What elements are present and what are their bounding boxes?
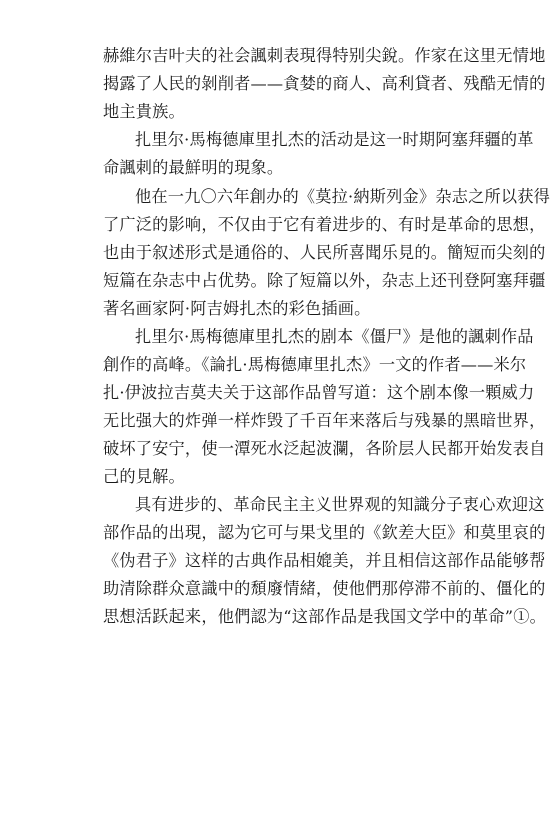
- body-line: 己的見解。: [103, 466, 518, 488]
- book-page: 赫維尔吉叶夫的社会諷刺表現得特别尖銳。作家在这里无情地 揭露了人民的剝削者——貪…: [0, 0, 555, 815]
- paragraph-start: 他在一九〇六年創办的《莫拉·納斯列金》杂志之所以获得: [135, 186, 518, 208]
- body-line: 揭露了人民的剝削者——貪婪的商人、高利貸者、残酷无情的: [103, 73, 518, 95]
- body-line: 思想活跃起来，他們認为“这部作品是我国文学中的革命”①。: [103, 606, 518, 628]
- body-line: 創作的高峰。《論扎·馬梅德庫里扎杰》一文的作者——米尔: [103, 354, 518, 376]
- body-line: 无比强大的炸弹一样炸毁了千百年来落后与残暴的黑暗世界，: [103, 410, 518, 432]
- body-line: 扎·伊波拉吉莫夫关于这部作品曾写道：这个剧本像一顆威力: [103, 382, 518, 404]
- body-line: 地主貴族。: [103, 101, 518, 123]
- body-line: 部作品的出現，認为它可与果戈里的《欽差大臣》和莫里哀的: [103, 522, 518, 544]
- body-line: 著名画家阿·阿吉姆扎杰的彩色插画。: [103, 298, 518, 320]
- paragraph-start: 扎里尔·馬梅德庫里扎杰的剧本《僵尸》是他的諷刺作品: [135, 326, 518, 348]
- paragraph-start: 扎里尔·馬梅德庫里扎杰的活动是这一时期阿塞拜疆的革: [135, 129, 518, 151]
- body-line: 短篇在杂志中占优势。除了短篇以外，杂志上还刊登阿塞拜疆: [103, 270, 518, 292]
- body-line: 助清除群众意識中的頹廢情緒，使他們那停滞不前的、僵化的: [103, 578, 518, 600]
- body-line: 《伪君子》这样的古典作品相媲美，并且相信这部作品能够帮: [103, 550, 518, 572]
- body-line: 命諷刺的最鮮明的現象。: [103, 157, 518, 179]
- body-line: 赫維尔吉叶夫的社会諷刺表現得特别尖銳。作家在这里无情地: [103, 45, 518, 67]
- body-line: 也由于叙述形式是通俗的、人民所喜聞乐見的。簡短而尖刻的: [103, 242, 518, 264]
- paragraph-start: 具有进步的、革命民主主义世界观的知識分子衷心欢迎这: [135, 494, 518, 516]
- body-line: 破坏了安宁，使一潭死水泛起波瀾，各阶层人民都开始发表自: [103, 438, 518, 460]
- body-line: 了广泛的影响，不仅由于它有着进步的、有时是革命的思想，: [103, 214, 518, 236]
